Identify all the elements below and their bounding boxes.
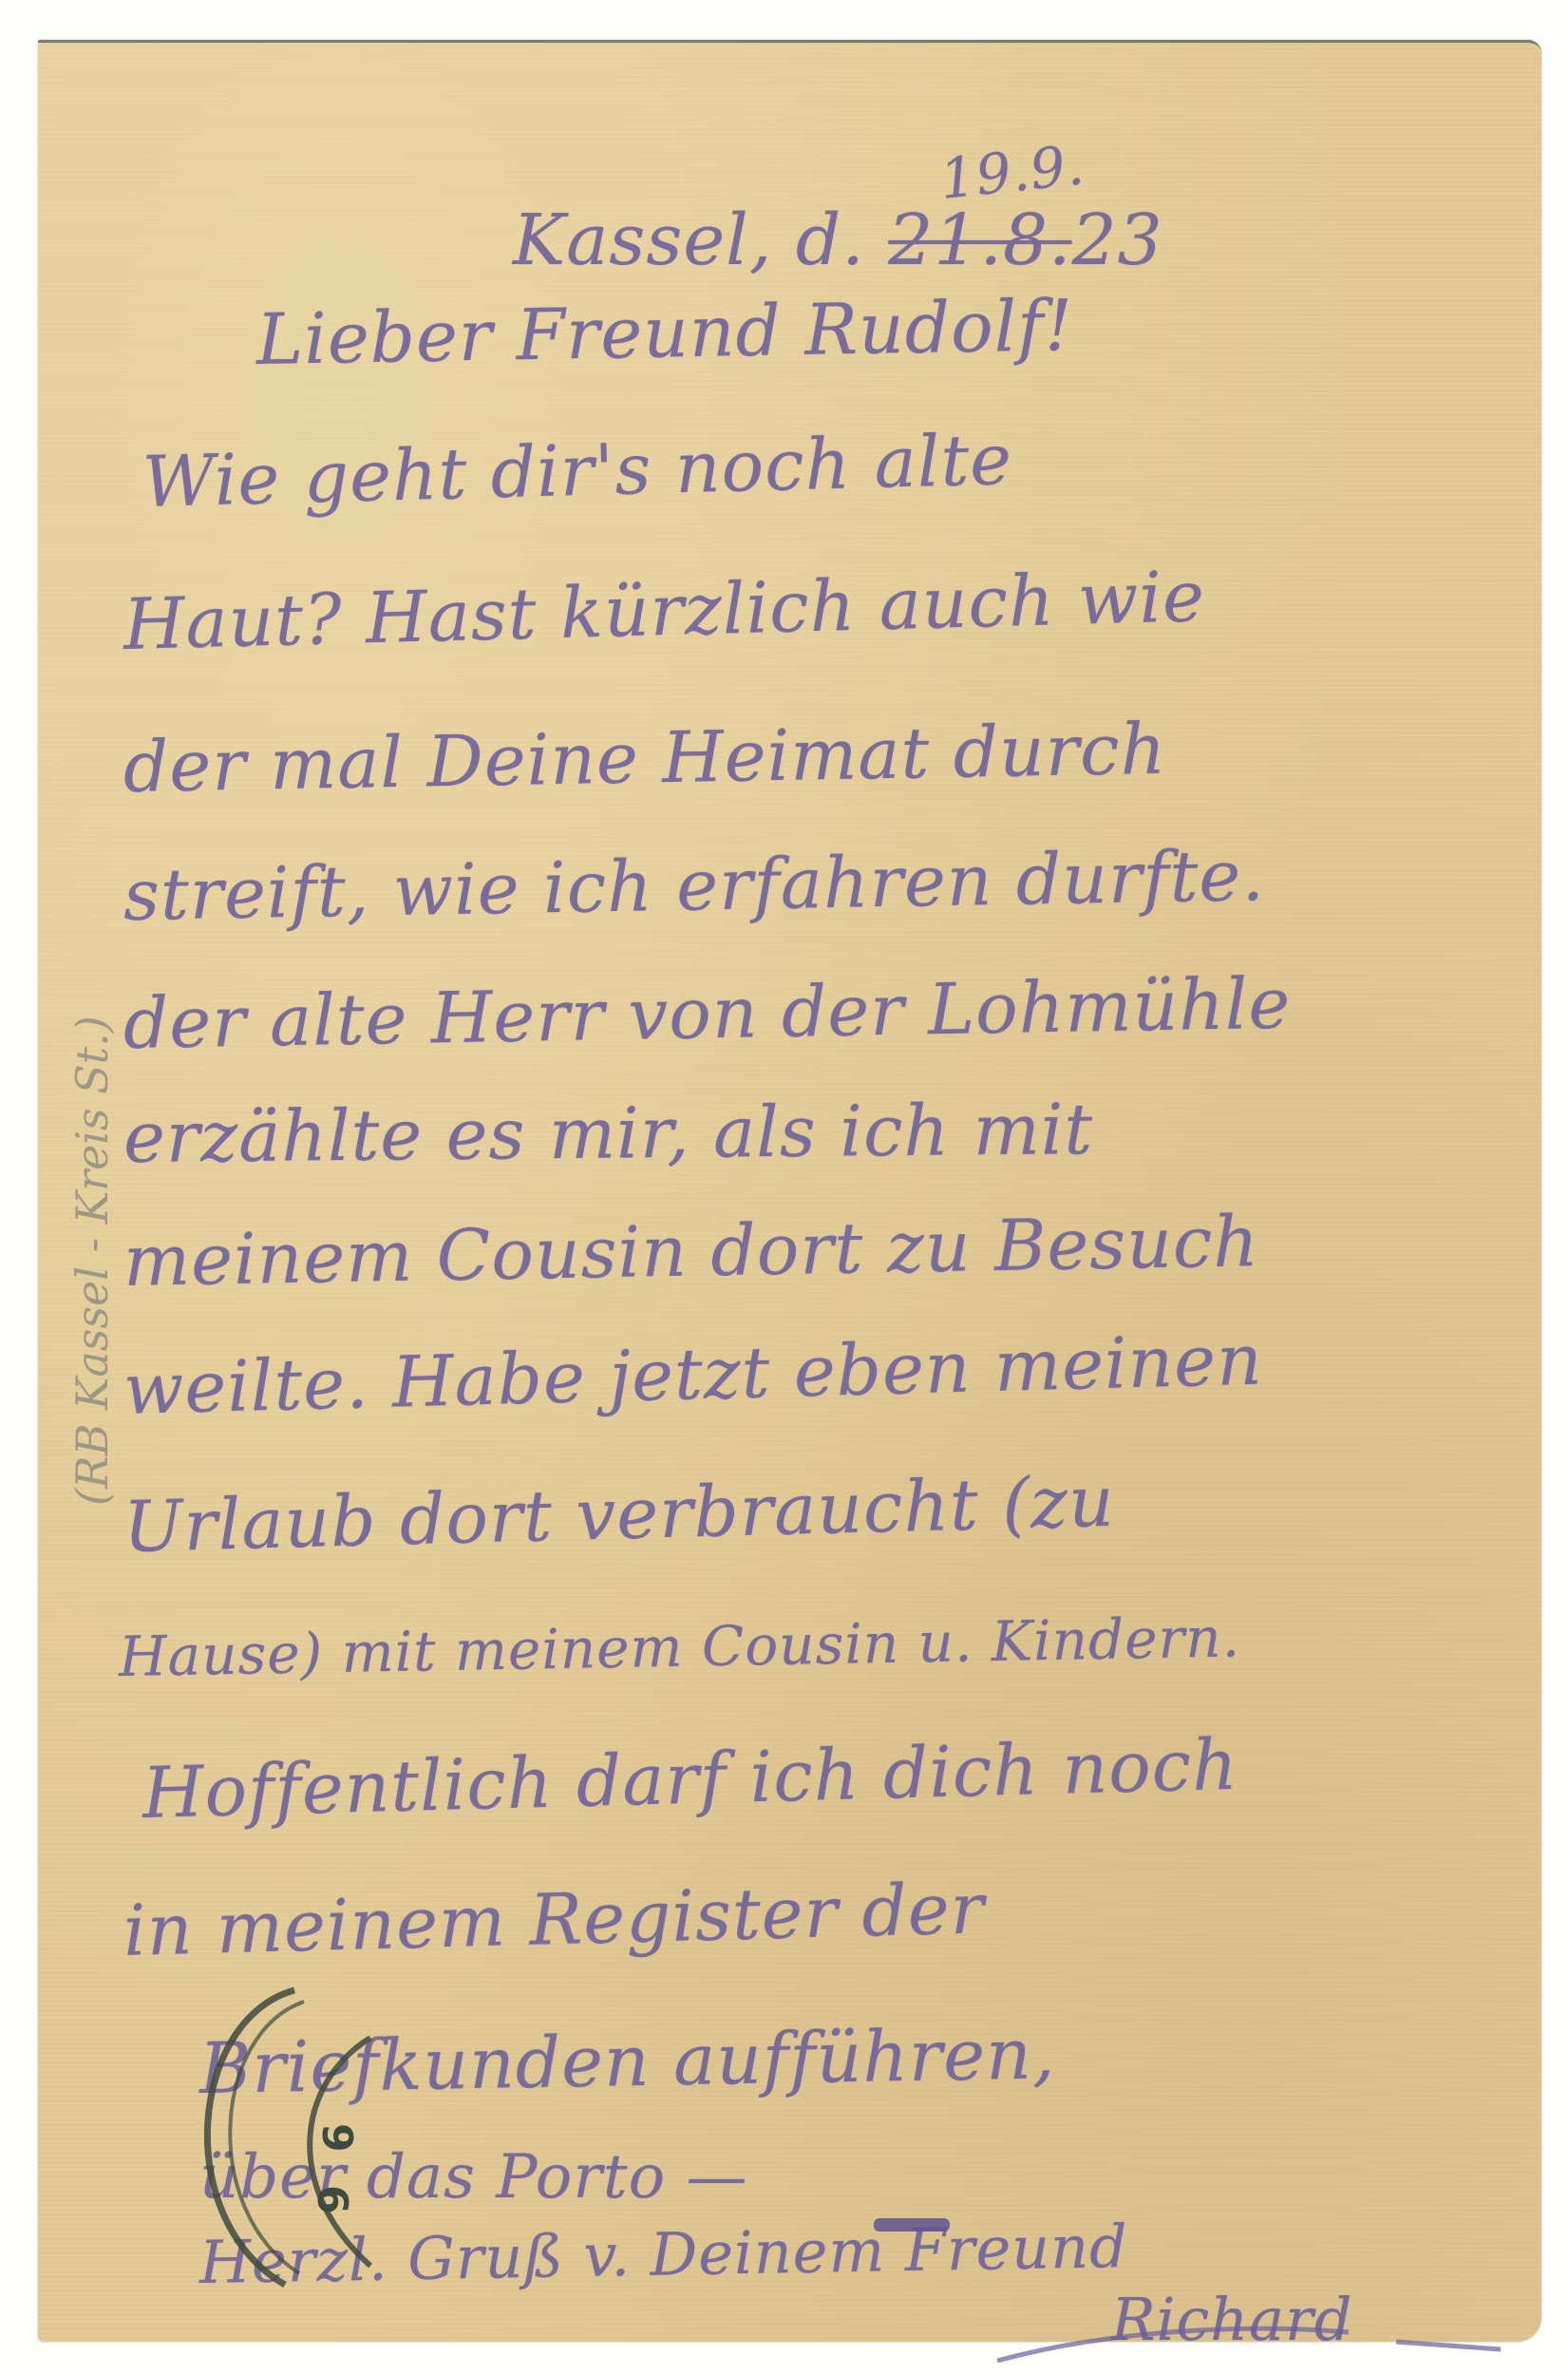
dash-mark <box>874 2218 950 2232</box>
salutation: Lieber Freund Rudolf! <box>255 285 1074 381</box>
postcard: (RB Kassel - Kreis St.) 19.9. Kassel, d.… <box>38 40 1541 2342</box>
letter-line: der alte Herr von der Lohmühle <box>123 963 1292 1065</box>
letter-line: streift, wie ich erfahren durfte. <box>123 835 1265 937</box>
postmark-stamp-icon: 9 6 <box>152 1981 437 2294</box>
letter-line: meinem Cousin dort zu Besuch <box>123 1201 1259 1302</box>
letter-line: der mal Deine Heimat durch <box>123 709 1167 808</box>
letter-line: Haut? Hast kürzlich auch wie <box>123 556 1206 666</box>
letter-line: Urlaub dort verbraucht (zu <box>123 1461 1116 1568</box>
struck-date: 21.8. <box>888 199 1071 281</box>
svg-text:6: 6 <box>308 2185 356 2214</box>
letter-line: erzählte es mir, als ich mit <box>123 1089 1094 1179</box>
letter-line: Wie geht dir's noch alte <box>142 419 1013 523</box>
letter-line: Hause) mit meinem Cousin u. Kindern. <box>118 1605 1240 1689</box>
letter-line: in meinem Register der <box>123 1868 986 1972</box>
place-date-line: Kassel, d. 21.8.23 <box>513 199 1163 281</box>
svg-text:9: 9 <box>312 2123 361 2153</box>
year: 23 <box>1072 199 1163 281</box>
letter-line: Hoffentlich darf ich dich noch <box>142 1724 1239 1834</box>
letter-line: weilte. Habe jetzt eben meinen <box>123 1320 1264 1431</box>
place-date: Kassel, d. <box>513 199 888 281</box>
signature-flourish-icon <box>988 2313 1520 2370</box>
margin-pencil-note: (RB Kassel - Kreis St.) <box>66 1016 118 1506</box>
